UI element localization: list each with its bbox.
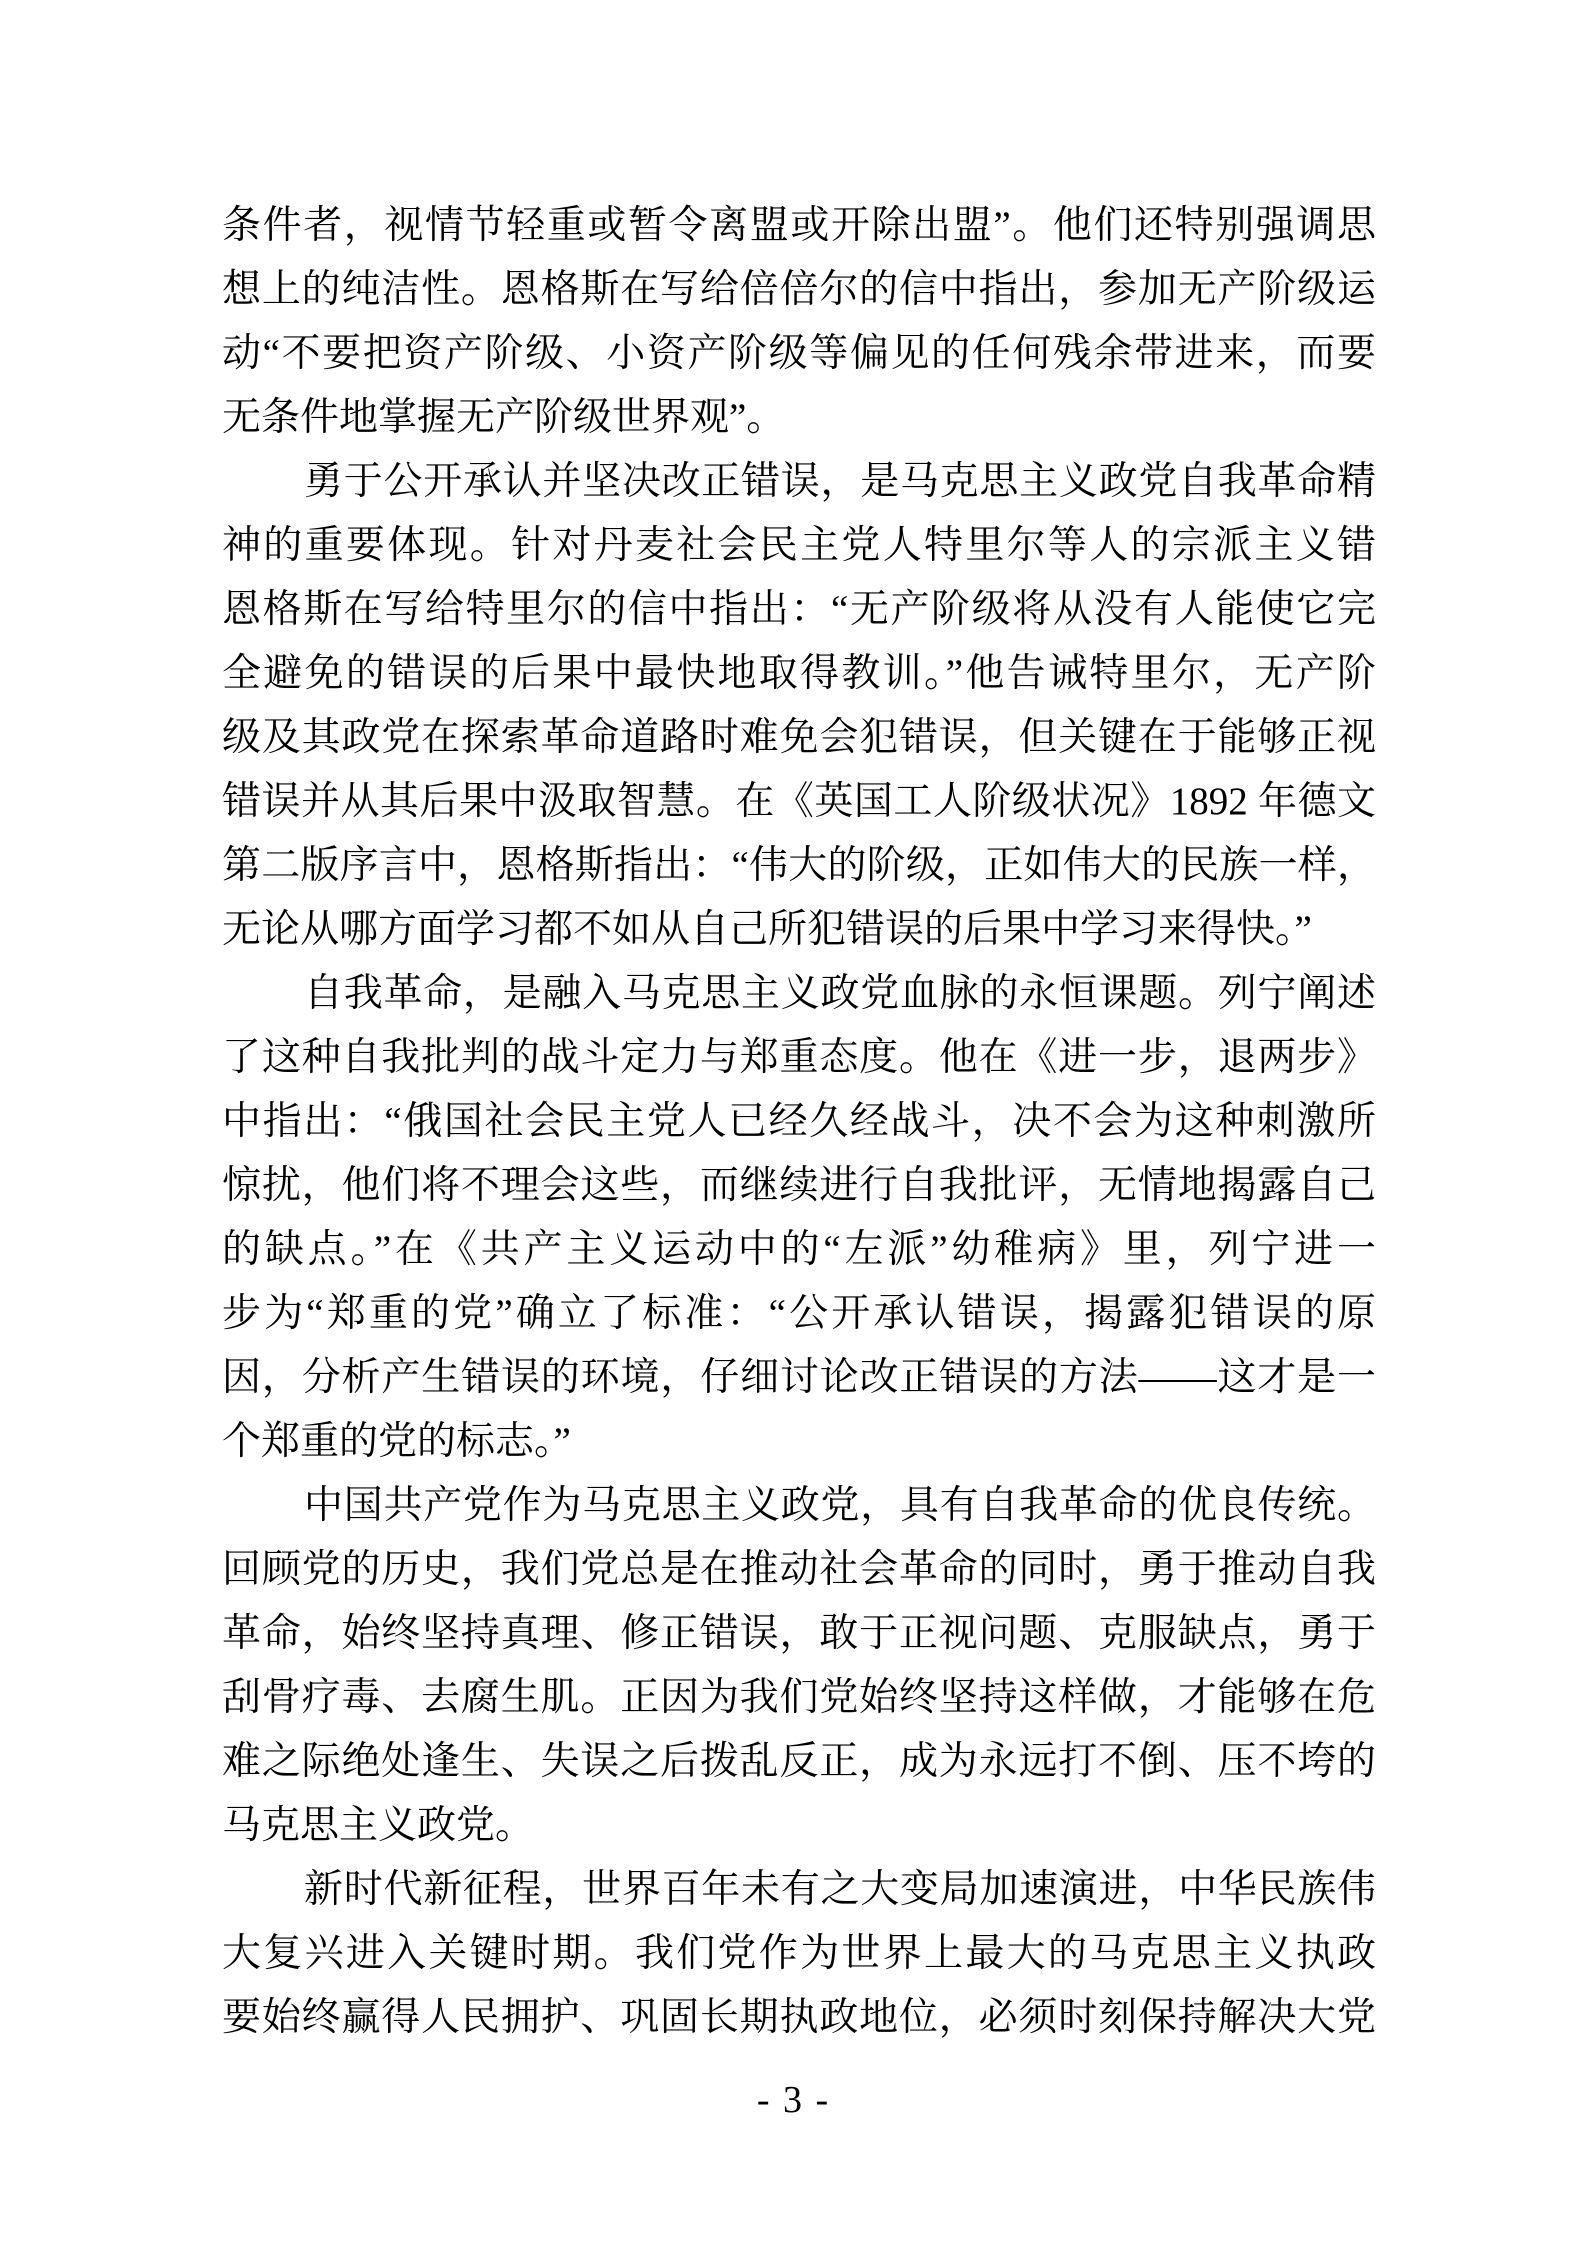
text-line: 中国共产党作为马克思主义政党，具有自我革命的优良传统。 bbox=[222, 1474, 1376, 1538]
text-line: 恩格斯在写给特里尔的信中指出：“无产阶级将从没有人能使它完 bbox=[222, 578, 1376, 642]
text-line: 想上的纯洁性。恩格斯在写给倍倍尔的信中指出，参加无产阶级运 bbox=[222, 258, 1376, 322]
text-line: 刮骨疗毒、去腐生肌。正因为我们党始终坚持这样做，才能够在危 bbox=[222, 1666, 1376, 1730]
text-line: 要始终赢得人民拥护、巩固长期执政地位，必须时刻保持解决大党 bbox=[222, 1986, 1376, 2050]
text-line: 全避免的错误的后果中最快地取得教训。”他告诫特里尔，无产阶 bbox=[222, 642, 1376, 706]
text-line: 级及其政党在探索革命道路时难免会犯错误，但关键在于能够正视 bbox=[222, 706, 1376, 770]
text-line: 中指出：“俄国社会民主党人已经久经战斗，决不会为这种刺激所 bbox=[222, 1090, 1376, 1154]
paragraph: 勇于公开承认并坚决改正错误，是马克思主义政党自我革命精神的重要体现。针对丹麦社会… bbox=[222, 450, 1376, 962]
text-line: 个郑重的党的标志。” bbox=[222, 1410, 1376, 1474]
text-line: 的缺点。”在《共产主义运动中的“左派”幼稚病》里，列宁进一 bbox=[222, 1218, 1376, 1282]
text-line: 勇于公开承认并坚决改正错误，是马克思主义政党自我革命精 bbox=[222, 450, 1376, 514]
text-line: 步为“郑重的党”确立了标准：“公开承认错误，揭露犯错误的原 bbox=[222, 1282, 1376, 1346]
text-line: 回顾党的历史，我们党总是在推动社会革命的同时，勇于推动自我 bbox=[222, 1538, 1376, 1602]
text-line: 因，分析产生错误的环境，仔细讨论改正错误的方法——这才是一 bbox=[222, 1346, 1376, 1410]
document-body: 条件者，视情节轻重或暂令离盟或开除出盟”。他们还特别强调思想上的纯洁性。恩格斯在… bbox=[222, 194, 1376, 2050]
text-line: 革命，始终坚持真理、修正错误，敢于正视问题、克服缺点，勇于 bbox=[222, 1602, 1376, 1666]
text-line: 马克思主义政党。 bbox=[222, 1794, 1376, 1858]
text-line: 大复兴进入关键时期。我们党作为世界上最大的马克思主义执政党， bbox=[222, 1922, 1376, 1986]
text-line: 自我革命，是融入马克思主义政党血脉的永恒课题。列宁阐述 bbox=[222, 962, 1376, 1026]
page-footer: - 3 - bbox=[0, 2078, 1587, 2122]
text-line: 动“不要把资产阶级、小资产阶级等偏见的任何残余带进来，而要 bbox=[222, 322, 1376, 386]
paragraph: 自我革命，是融入马克思主义政党血脉的永恒课题。列宁阐述了这种自我批判的战斗定力与… bbox=[222, 962, 1376, 1474]
text-line: 无论从哪方面学习都不如从自己所犯错误的后果中学习来得快。” bbox=[222, 898, 1376, 962]
text-line: 第二版序言中，恩格斯指出：“伟大的阶级，正如伟大的民族一样， bbox=[222, 834, 1376, 898]
text-line: 难之际绝处逢生、失误之后拨乱反正，成为永远打不倒、压不垮的 bbox=[222, 1730, 1376, 1794]
text-line: 无条件地掌握无产阶级世界观”。 bbox=[222, 386, 1376, 450]
paragraph: 中国共产党作为马克思主义政党，具有自我革命的优良传统。回顾党的历史，我们党总是在… bbox=[222, 1474, 1376, 1858]
text-line: 新时代新征程，世界百年未有之大变局加速演进，中华民族伟 bbox=[222, 1858, 1376, 1922]
text-line: 惊扰，他们将不理会这些，而继续进行自我批评，无情地揭露自己 bbox=[222, 1154, 1376, 1218]
document-page: 条件者，视情节轻重或暂令离盟或开除出盟”。他们还特别强调思想上的纯洁性。恩格斯在… bbox=[0, 0, 1587, 2245]
text-line: 神的重要体现。针对丹麦社会民主党人特里尔等人的宗派主义错误， bbox=[222, 514, 1376, 578]
text-line: 条件者，视情节轻重或暂令离盟或开除出盟”。他们还特别强调思 bbox=[222, 194, 1376, 258]
page-number: - 3 - bbox=[757, 2079, 830, 2121]
text-line: 错误并从其后果中汲取智慧。在《英国工人阶级状况》1892 年德文 bbox=[222, 770, 1376, 834]
text-line: 了这种自我批判的战斗定力与郑重态度。他在《进一步，退两步》 bbox=[222, 1026, 1376, 1090]
paragraph: 新时代新征程，世界百年未有之大变局加速演进，中华民族伟大复兴进入关键时期。我们党… bbox=[222, 1858, 1376, 2050]
paragraph: 条件者，视情节轻重或暂令离盟或开除出盟”。他们还特别强调思想上的纯洁性。恩格斯在… bbox=[222, 194, 1376, 450]
